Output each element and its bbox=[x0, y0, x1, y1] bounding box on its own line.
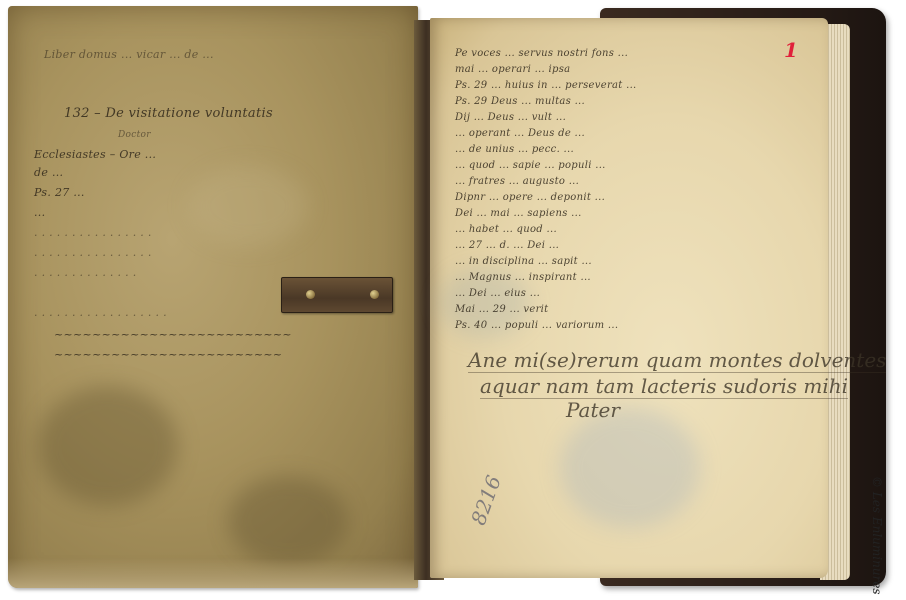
folio-number: 1 bbox=[784, 38, 798, 62]
inscription-line-2: aquar nam tam lacteris sudoris mihi bbox=[480, 374, 848, 399]
inscription-line-3: Pater bbox=[566, 398, 620, 422]
manuscript-photo: Liber domus ... vicar ... de ... 132 – D… bbox=[0, 0, 906, 600]
left-line-2: de ... bbox=[34, 166, 63, 179]
left-line-1: Ecclesiastes – Ore ... bbox=[34, 148, 156, 161]
inscription-line-1: Ane mi(se)rerum quam montes dolventes bbox=[468, 348, 886, 373]
left-line-4: ... bbox=[34, 206, 45, 219]
copyright-credit: © Les Enluminures bbox=[870, 476, 884, 595]
left-heading: 132 – De visitatione voluntatis bbox=[64, 106, 273, 121]
rivet-icon bbox=[306, 290, 315, 299]
left-sub: Doctor bbox=[118, 130, 151, 140]
metal-clasp bbox=[281, 277, 393, 313]
rivet-icon bbox=[370, 290, 379, 299]
top-note: Liber domus ... vicar ... de ... bbox=[44, 48, 214, 61]
left-line-3: Ps. 27 ... bbox=[34, 186, 85, 199]
